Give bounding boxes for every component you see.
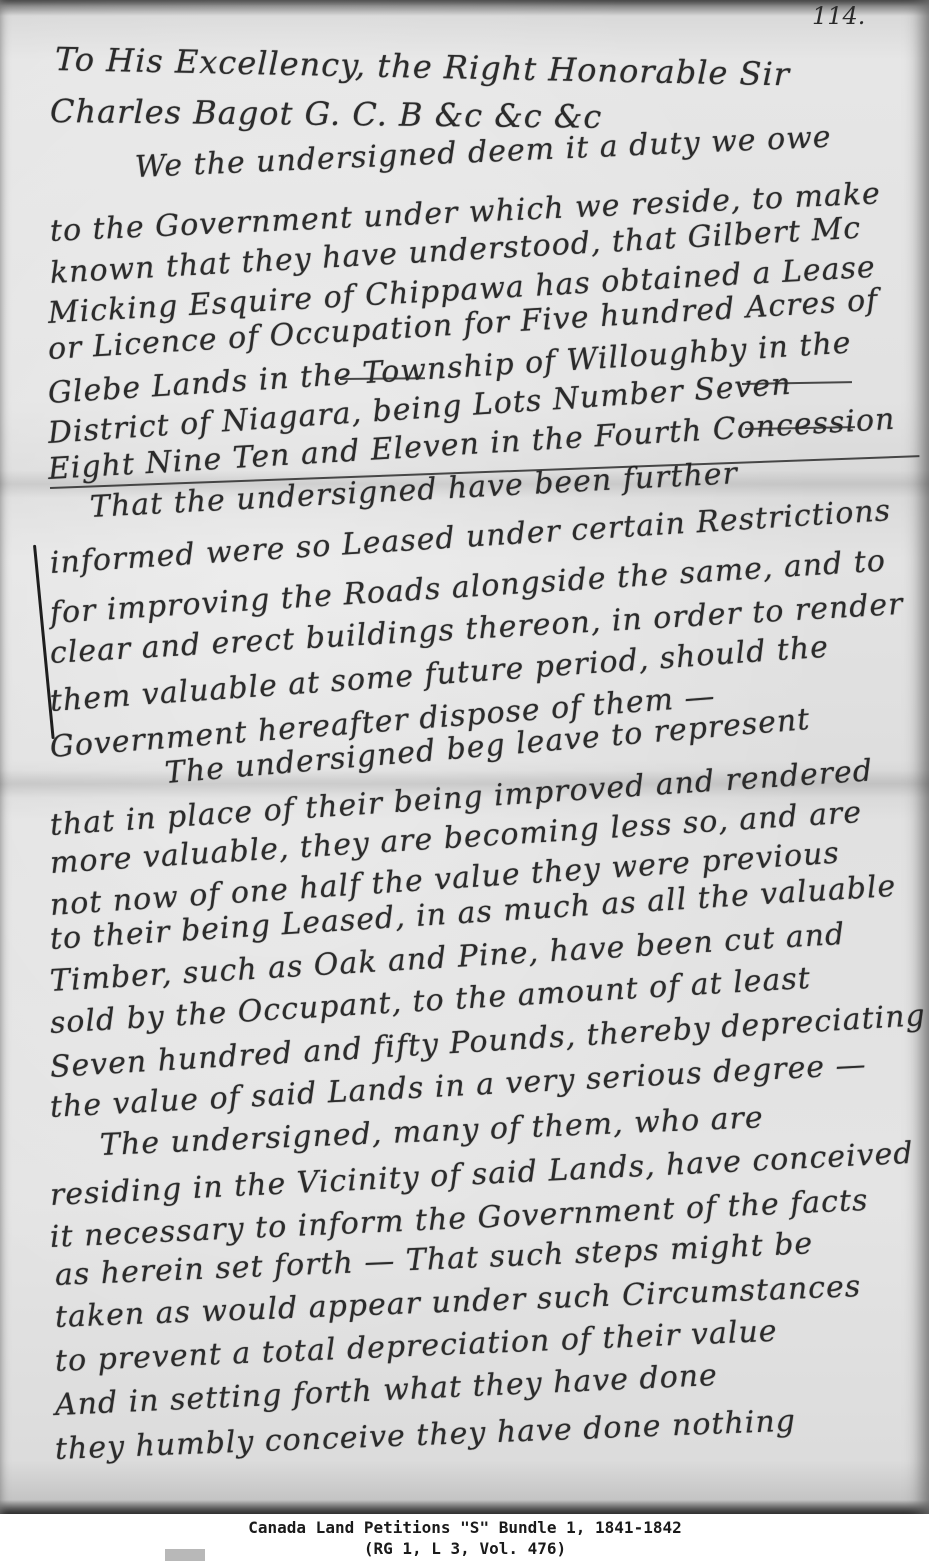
archive-caption: Canada Land Petitions "S" Bundle 1, 1841… <box>165 1514 765 1561</box>
salutation-line: Charles Bagot G. C. B &c &c &c <box>50 92 603 136</box>
caption-reference: (RG 1, L 3, Vol. 476) <box>165 1538 765 1559</box>
caption-collection: Canada Land Petitions "S" Bundle 1, 1841… <box>165 1517 765 1538</box>
document-scan: 114. To His Excellency, the Right Honora… <box>0 0 929 1514</box>
salutation-line: To His Excellency, the Right Honorable S… <box>55 40 791 93</box>
page-number: 114. <box>812 2 865 30</box>
caption-corner-mark <box>165 1549 205 1561</box>
